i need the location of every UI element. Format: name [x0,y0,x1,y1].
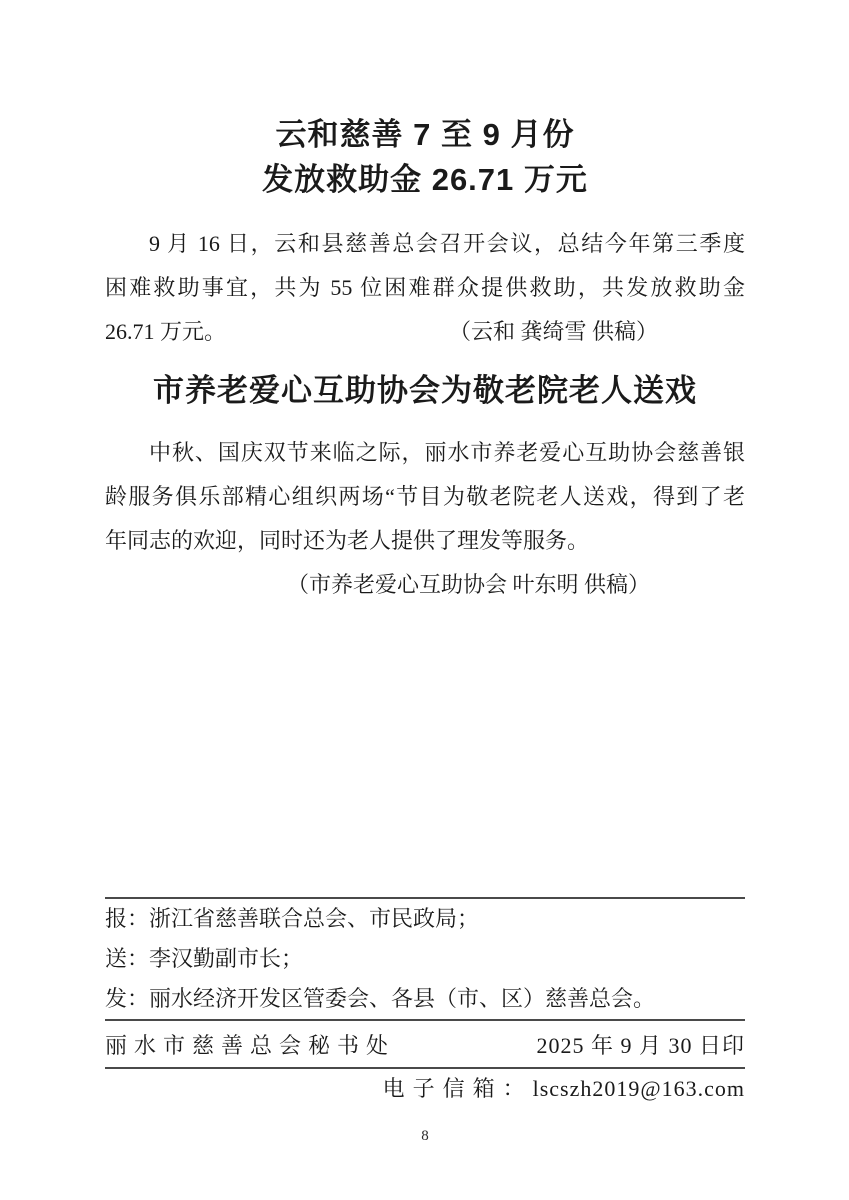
send-to-line: 送：李汉勤副市长； [105,939,745,979]
article1-title-line2: 发放救助金 26.71 万元 [105,157,745,202]
secretariat-name: 丽水市慈善总会秘书处 [105,1029,395,1060]
article2-byline: （市养老爱心互助协会 叶东明 供稿） [105,563,745,607]
article2-body-line3: 年同志的欢迎，同时还为老人提供了理发等服务。 [105,519,745,563]
article1-body-line2: 困难救助事宜，共为 55 位困难群众提供救助，共发放救助金 [105,266,745,310]
document-page: 云和慈善 7 至 9 月份 发放救助金 26.71 万元 9 月 16 日，云和… [0,0,849,1200]
document-footer: 报：浙江省慈善联合总会、市民政局； 送：李汉勤副市长； 发：丽水经济开发区管委会… [105,897,745,1109]
article1-body: 9 月 16 日，云和县慈善总会召开会议，总结今年第三季度 困难救助事宜，共为 … [105,222,745,354]
article2-body-line1: 中秋、国庆双节来临之际，丽水市养老爱心互助协会慈善银 [105,431,745,475]
page-content: 云和慈善 7 至 9 月份 发放救助金 26.71 万元 9 月 16 日，云和… [105,0,745,1145]
article1-title-line1: 云和慈善 7 至 9 月份 [105,112,745,157]
email-label: 电子信箱： [383,1076,533,1101]
issuer-row: 丽水市慈善总会秘书处 2025 年 9 月 30 日印 [105,1021,745,1067]
article2-body-line2: 龄服务俱乐部精心组织两场“节目为敬老院老人送戏，得到了老 [105,475,745,519]
email-address: lscszh2019@163.com [533,1076,745,1101]
article1-body-line3: 26.71 万元。 [105,310,226,354]
report-to-line: 报：浙江省慈善联合总会、市民政局； [105,899,745,939]
issue-to-line: 发：丽水经济开发区管委会、各县（市、区）慈善总会。 [105,979,745,1019]
article1-byline: （云和 龚绮雪 供稿） [449,310,658,354]
article1-title: 云和慈善 7 至 9 月份 发放救助金 26.71 万元 [105,112,745,202]
article2-body: 中秋、国庆双节来临之际，丽水市养老爱心互助协会慈善银 龄服务俱乐部精心组织两场“… [105,431,745,607]
article1-body-line1: 9 月 16 日，云和县慈善总会召开会议，总结今年第三季度 [105,222,745,266]
email-row: 电子信箱：lscszh2019@163.com [105,1069,745,1109]
article1-body-line3-row: 26.71 万元。 （云和 龚绮雪 供稿） [105,310,745,354]
page-number: 8 [105,1127,745,1145]
article2-title: 市养老爱心互助协会为敬老院老人送戏 [105,368,745,413]
print-date: 2025 年 9 月 30 日印 [536,1029,745,1060]
